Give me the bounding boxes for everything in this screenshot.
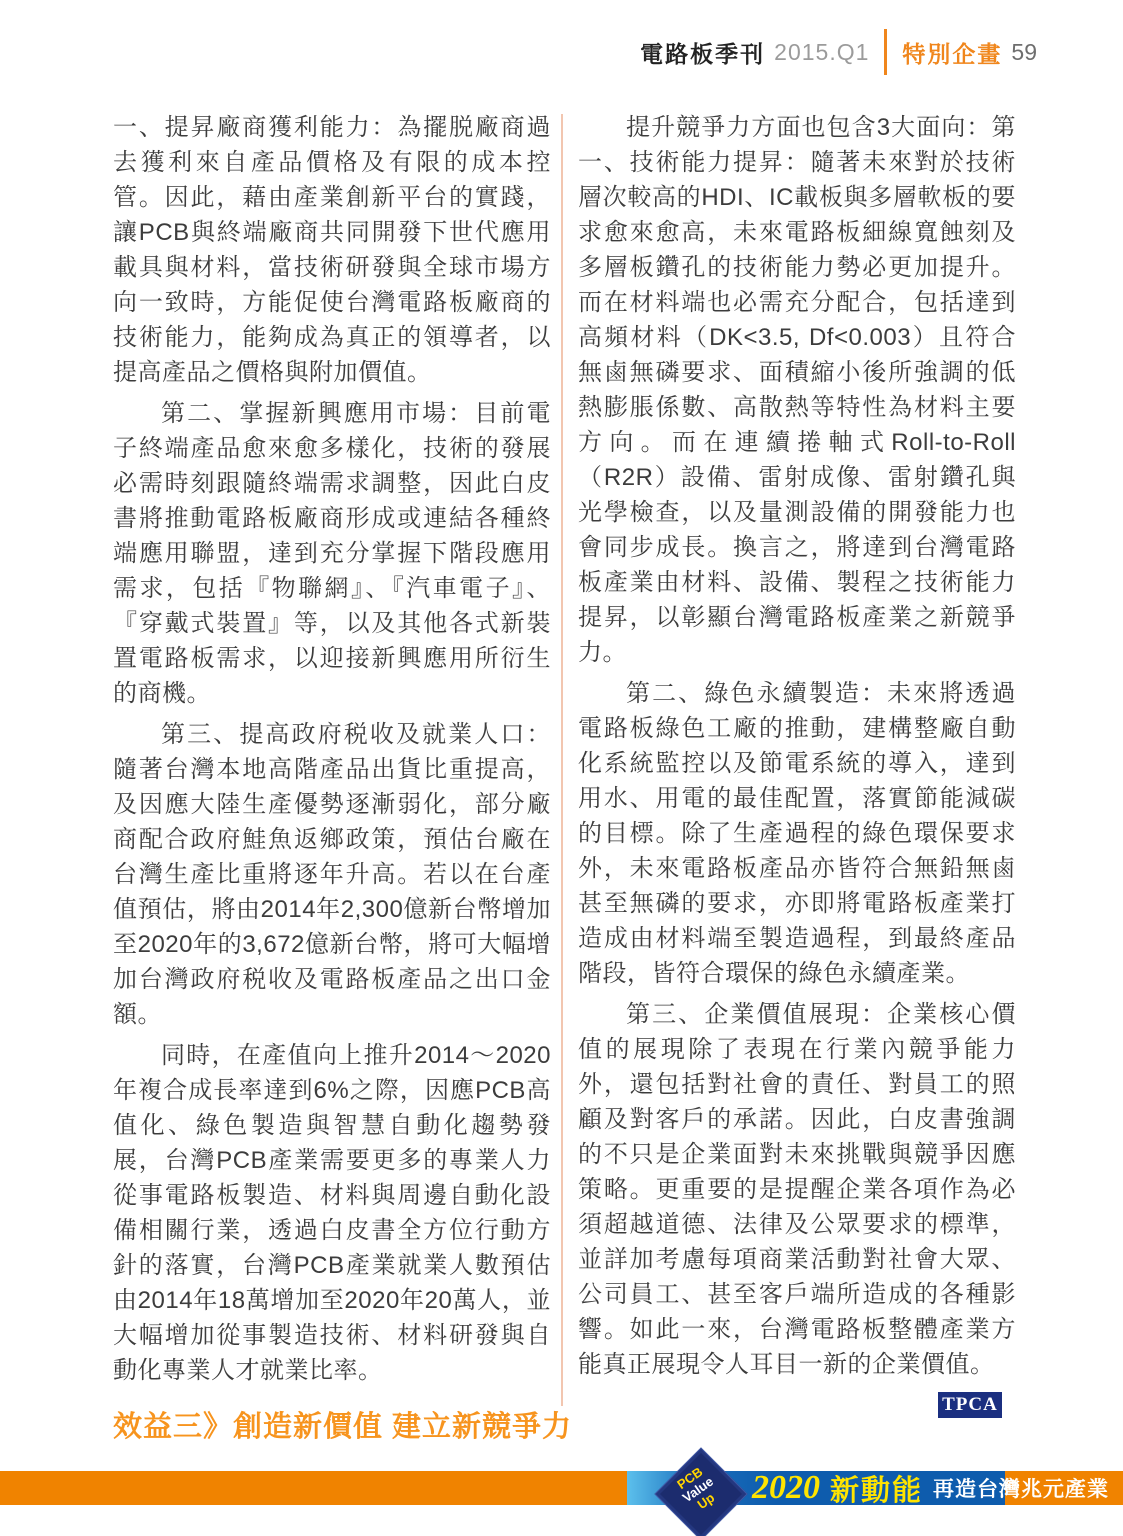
paragraph: 第二、綠色永續製造：未來將透過電路板綠色工廠的推動，建構整廠自動化系統監控以及節… [578,676,1016,991]
page-number: 59 [1011,39,1037,66]
section-title: 特別企畫 [902,36,1002,69]
column-divider [561,114,563,1406]
slogan-year: 2020 [752,1469,820,1507]
journal-issue: 2015.Q1 [774,39,869,66]
paragraph: 一、提昇廠商獲利能力：為擺脱廠商過去獲利來自產品價格及有限的成本控管。因此，藉由… [113,110,551,390]
left-column: 一、提昇廠商獲利能力：為擺脱廠商過去獲利來自產品價格及有限的成本控管。因此，藉由… [113,110,551,1445]
page-header: 電路板季刊 2015.Q1 特別企畫 59 [640,28,1037,76]
paragraph: 第二、掌握新興應用市場：目前電子終端產品愈來愈多樣化，技術的發展必需時刻跟隨終端… [113,396,551,711]
pcb-value-up-label: PCB Value Up [652,1449,751,1536]
paragraph: 第三、企業價值展現：企業核心價值的展現除了表現在行業內競爭能力外，還包括對社會的… [578,997,1016,1382]
magazine-page: 電路板季刊 2015.Q1 特別企畫 59 一、提昇廠商獲利能力：為擺脱廠商過去… [0,0,1123,1536]
paragraph: 同時，在產值向上推升2014～2020年複合成長率達到6%之際，因應PCB高值化… [113,1038,551,1388]
paragraph: 提升競爭力方面也包含3大面向：第一、技術能力提昇：隨著未來對於技術層次較高的HD… [578,110,1016,670]
header-divider-bar [884,29,887,75]
right-column: 提升競爭力方面也包含3大面向：第一、技術能力提昇：隨著未來對於技術層次較高的HD… [578,110,1016,1388]
tpca-logo: TPCA [938,1392,1002,1418]
paragraph: 第三、提高政府税收及就業人口：隨著台灣本地高階產品出貨比重提高，及因應大陸生產優… [113,717,551,1032]
footer-slogan: 2020 新動能 再造台灣兆元產業 [752,1471,1002,1505]
benefit-heading: 效益三》創造新價值 建立新競爭力 [113,1410,551,1445]
slogan-main: 新動能 [830,1468,923,1509]
journal-title: 電路板季刊 [640,36,765,69]
slogan-sub: 再造台灣兆元產業 [933,1473,1109,1503]
